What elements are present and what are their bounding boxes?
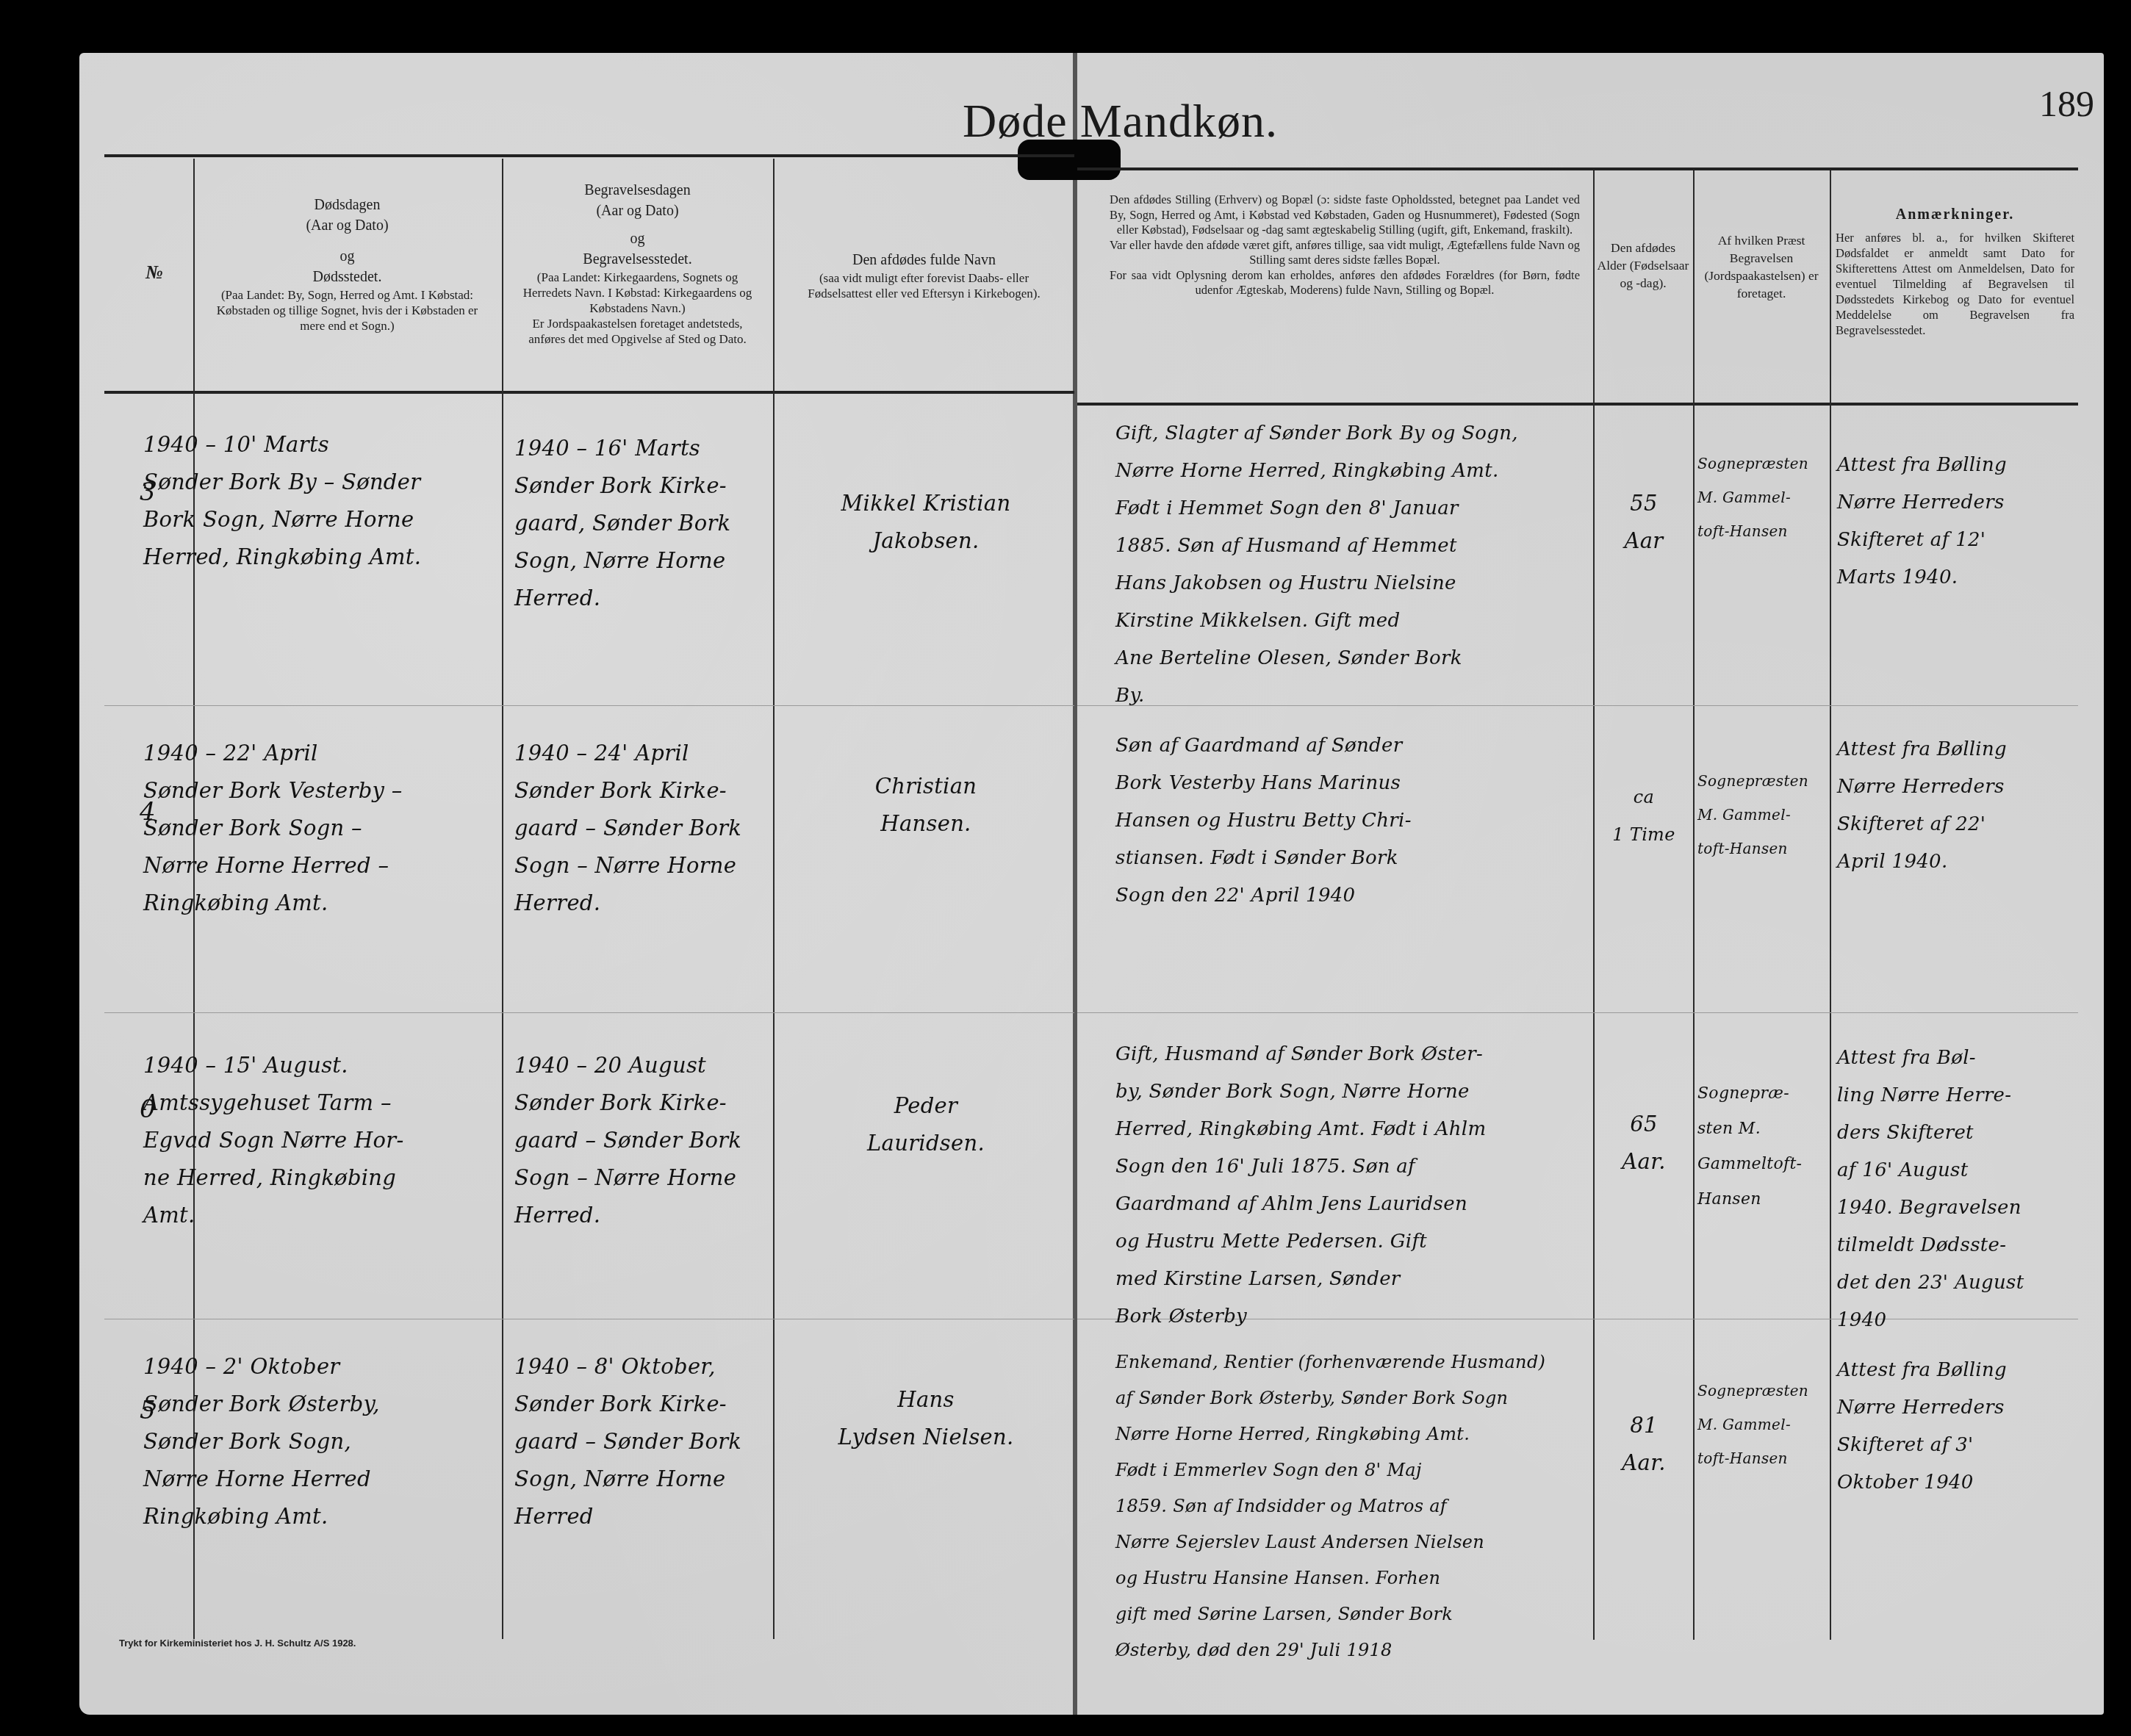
- header-top-rule-left: [104, 154, 1074, 157]
- book-gutter: [1073, 53, 1077, 1715]
- entry-name: Hans Lydsen Nielsen.: [779, 1381, 1073, 1456]
- printer-imprint: Trykt for Kirkeministeriet hos J. H. Sch…: [119, 1638, 356, 1649]
- header-priest: Af hvilken Præst Begravelsen (Jordspaaka…: [1696, 231, 1827, 302]
- entry-remarks: Attest fra Bølling Nørre Herreders Skift…: [1837, 1352, 2080, 1502]
- page-title: Døde Mandkøn.: [963, 94, 1278, 148]
- entry-priest: Sognepræsten M. Gammel- toft-Hansen: [1697, 447, 1833, 548]
- header-top-rule-right: [1077, 168, 2078, 170]
- entry-name: Christian Hansen.: [779, 768, 1073, 843]
- entry-details: Gift, Husmand af Sønder Bork Øster- by, …: [1115, 1036, 1593, 1336]
- entry-remarks: Attest fra Bøl- ling Nørre Herre- ders S…: [1837, 1040, 2080, 1339]
- header-burial: Begravelsesdagen (Aar og Dato) og Begrav…: [507, 180, 768, 347]
- entry-burial: 1940 – 16' Marts Sønder Bork Kirke- gaar…: [514, 430, 775, 617]
- entry-remarks: Attest fra Bølling Nørre Herreders Skift…: [1837, 731, 2080, 881]
- header-remarks: Anmærkninger. Her anføres bl. a., for hv…: [1836, 207, 2074, 338]
- entry-remarks: Attest fra Bølling Nørre Herreders Skift…: [1837, 447, 2080, 597]
- entry-priest: Sognepræsten M. Gammel- toft-Hansen: [1697, 764, 1833, 865]
- entry-priest: Sognepræsten M. Gammel- toft-Hansen: [1697, 1374, 1833, 1475]
- page-number: 189: [2039, 82, 2094, 125]
- header-occupation: Den afdødes Stilling (Erhverv) og Bopæl …: [1110, 192, 1580, 298]
- header-bottom-rule-right: [1077, 403, 2078, 406]
- entry-burial: 1940 – 24' April Sønder Bork Kirke- gaar…: [514, 735, 775, 922]
- header-full-name: Den afdødes fulde Navn (saa vidt muligt …: [779, 250, 1069, 301]
- entry-burial: 1940 – 8' Oktober, Sønder Bork Kirke- ga…: [514, 1348, 775, 1535]
- entry-details: Søn af Gaardmand af Sønder Bork Vesterby…: [1115, 727, 1593, 915]
- entry-death: 1940 – 10' Marts Sønder Bork By – Sønder…: [143, 426, 503, 576]
- entry-divider: [1077, 1012, 2078, 1013]
- entry-death: 1940 – 15' August. Amtssygehuset Tarm – …: [143, 1047, 503, 1234]
- entry-death: 1940 – 22' April Sønder Bork Vesterby – …: [143, 735, 503, 922]
- entry-age: ca 1 Time: [1596, 779, 1692, 854]
- entry-priest: Sognepræ- sten M. Gammeltoft- Hansen: [1697, 1076, 1833, 1217]
- col-line-details: [1593, 170, 1595, 1640]
- entry-death: 1940 – 2' Oktober Sønder Bork Østerby, S…: [143, 1348, 503, 1535]
- header-death: Dødsdagen (Aar og Dato) og Dødsstedet. (…: [198, 195, 496, 334]
- entry-divider: [104, 1012, 1074, 1013]
- entry-divider: [104, 1319, 1074, 1319]
- binding-clip: [1018, 140, 1121, 180]
- entry-details: Enkemand, Rentier (forhenværende Husmand…: [1115, 1344, 1593, 1668]
- header-number: №: [125, 264, 184, 280]
- header-bottom-rule-left: [104, 391, 1074, 394]
- entry-age: 55 Aar: [1596, 485, 1692, 560]
- entry-name: Mikkel Kristian Jakobsen.: [779, 485, 1073, 560]
- entry-divider: [104, 705, 1074, 706]
- entry-details: Gift, Slagter af Sønder Bork By og Sogn,…: [1115, 415, 1593, 715]
- entry-name: Peder Lauridsen.: [779, 1087, 1073, 1162]
- entry-age: 65 Aar.: [1596, 1106, 1692, 1181]
- entry-burial: 1940 – 20 August Sønder Bork Kirke- gaar…: [514, 1047, 775, 1234]
- entry-age: 81 Aar.: [1596, 1407, 1692, 1482]
- col-line-age: [1693, 170, 1695, 1640]
- header-age: Den afdødes Alder (Fødselsaar og -dag).: [1596, 239, 1690, 292]
